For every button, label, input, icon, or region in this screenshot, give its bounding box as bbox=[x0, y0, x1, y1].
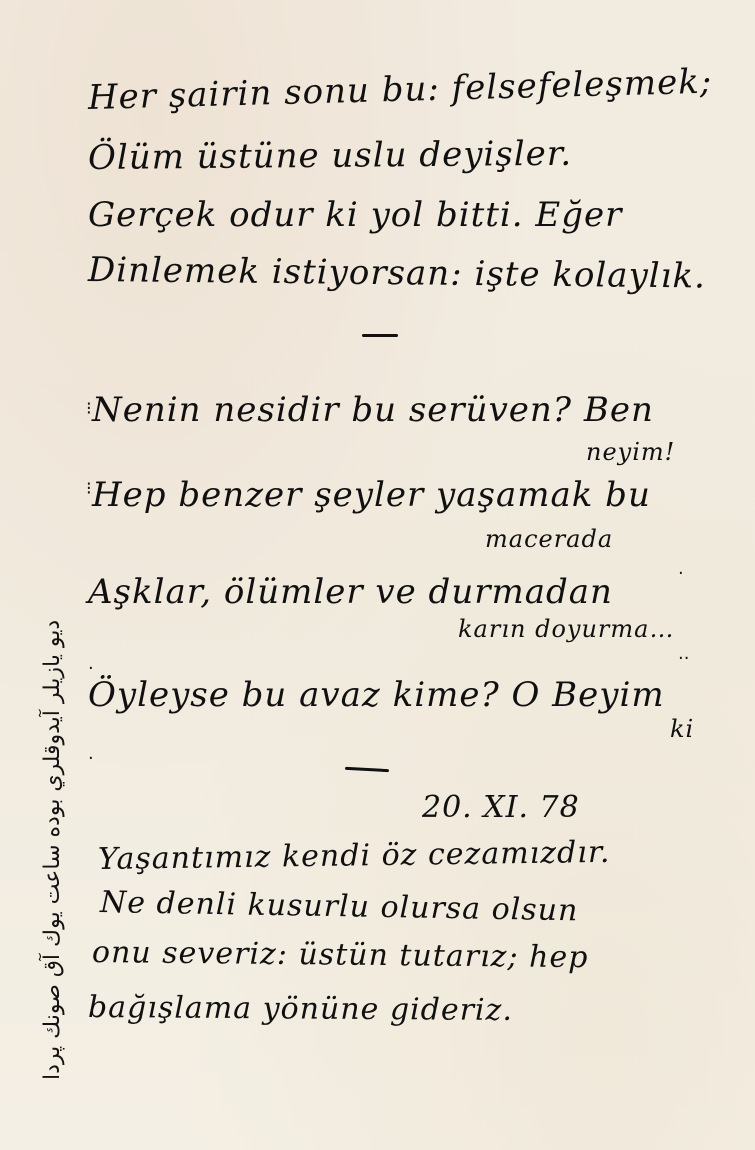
stanza3-line1: Yaşantımız kendi öz cezamızdır. bbox=[98, 835, 611, 877]
stanza3-line3: onu severiz: üstün tutarız; hep bbox=[92, 935, 589, 975]
stanza1-line4: Dinlemek istiyorsan: işte kolaylık. bbox=[88, 250, 706, 296]
margin-dots: · bbox=[88, 750, 94, 768]
margin-dots: · bbox=[678, 565, 684, 583]
margin-dots: ⁝ bbox=[86, 480, 92, 498]
stanza2-line3: Aşklar, ölümler ve durmadan bbox=[88, 572, 613, 612]
stanza1-line1: Her şairin sonu bu: felsefeleşmek; bbox=[87, 62, 712, 118]
stanza3-line4: bağışlama yönüne gideriz. bbox=[88, 990, 513, 1028]
stanza2-line1-continuation: neyim! bbox=[586, 438, 675, 466]
section-separator bbox=[362, 334, 398, 337]
stanza2-line2: Hep benzer şeyler yaşamak bu bbox=[92, 475, 651, 515]
margin-dots: ⁝ bbox=[86, 400, 92, 418]
stanza2-line3-continuation: karın doyurma… bbox=[458, 615, 674, 643]
margin-dots: ·· bbox=[678, 650, 689, 668]
margin-annotation: ديو يازيلر آيدوقلري بوده ساعت يوك آق صون… bbox=[40, 620, 65, 1080]
stanza3-line2: Ne denli kusurlu olursa olsun bbox=[100, 885, 579, 928]
stanza1-line2: Ölüm üstüne uslu deyişler. bbox=[88, 134, 572, 178]
margin-dots: · bbox=[88, 660, 94, 678]
date-stamp: 20. XI. 78 bbox=[422, 790, 580, 825]
stanza2-line1: Nenin nesidir bu serüven? Ben bbox=[92, 390, 654, 430]
section-separator bbox=[345, 767, 389, 772]
manuscript-page: Her şairin sonu bu: felsefeleşmek; Ölüm … bbox=[0, 0, 755, 1150]
stanza2-line4: Öyleyse bu avaz kime? O Beyim bbox=[88, 675, 665, 715]
stanza2-line4-continuation: ki bbox=[670, 715, 694, 743]
stanza1-line3: Gerçek odur ki yol bitti. Eğer bbox=[88, 195, 622, 235]
stanza2-line2-continuation: macerada bbox=[485, 525, 613, 553]
